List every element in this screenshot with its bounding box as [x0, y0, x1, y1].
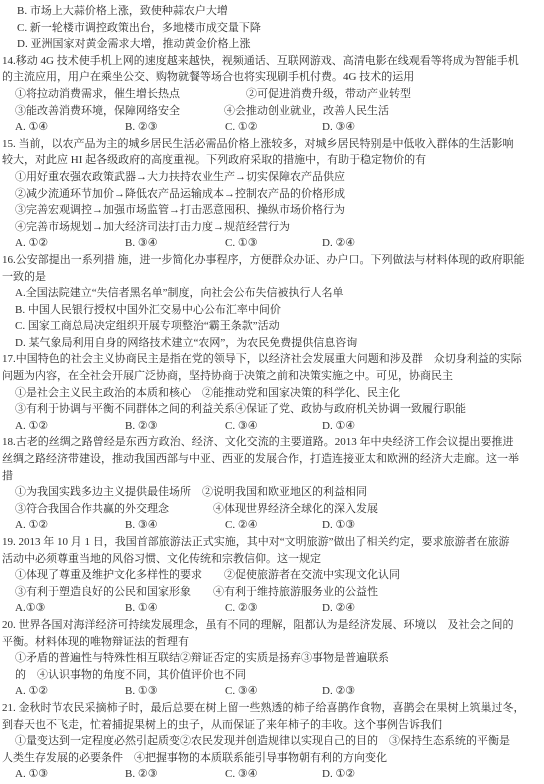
q21-stem-line-2: 到春天也不飞走，忙着捕捉果树上的虫子，从而保证了来年柿子的丰收。这个事例告诉我们: [0, 717, 544, 734]
q18-stem-line-1: 18.古老的丝绸之路曾经是东西方政治、经济、文化交流的主要道路。2013 年中央…: [0, 434, 544, 451]
q20-answer-b: B. ①③: [125, 683, 225, 700]
question-20: 20. 世界各国对海洋经济可持续发展理念，虽有不同的理解，阻都认为是经济发展、环…: [0, 617, 544, 700]
q17-answer-d: D. ①④: [322, 418, 544, 435]
prev-option-b: B. 市场上大蒜价格上涨，致使种蒜农户大增: [0, 3, 544, 20]
q16-option-b: B. 中国人民银行授权中国外汇交易中心公布汇率中间价: [0, 302, 544, 319]
q17-answer-c: C. ③④: [225, 418, 322, 435]
q18-statements-line-2: ③符合我国合作共赢的外交理念 ④体现世界经济全球化的深入发展: [0, 501, 544, 518]
q18-answer-a: A. ①②: [15, 517, 125, 534]
q16-option-d: D. 某气象局利用自身的网络技术建立“农网”，为农民免费提供信息咨询: [0, 335, 544, 352]
q16-option-c: C. 国家工商总局决定组织开展专项整治“霸王条款”活动: [0, 318, 544, 335]
q14-stem-line-1: 14.移动 4G 技术使手机上网的速度越来越快，视频通话、互联网游戏、高清电影在…: [0, 53, 544, 70]
q14-answer-b: B. ②③: [125, 119, 225, 136]
question-21: 21. 金秋时节农民采摘柿子时，最后总要在树上留一些熟透的柿子给喜鹊作食物，喜鹊…: [0, 700, 544, 783]
q19-answer-d: D. ②④: [322, 600, 544, 617]
q15-answer-a: A. ①②: [15, 235, 125, 252]
question-14: 14.移动 4G 技术使手机上网的速度越来越快，视频通话、互联网游戏、高清电影在…: [0, 53, 544, 136]
q18-stem-line-2: 丝绸之路经济带建设，推动我国西部与中亚、西亚的发展合作，打造连接亚太和欧洲的经济…: [0, 451, 544, 468]
q15-answer-b: B. ③④: [125, 235, 225, 252]
q20-answer-row: A. ①② B. ①③ C. ③④ D. ②③: [0, 683, 544, 700]
q20-statements-line-1: ①矛盾的普遍性与特殊性相互联结②辩证否定的实质是扬弃③事物是普遍联系: [0, 650, 544, 667]
q17-answer-a: A. ①②: [15, 418, 125, 435]
q17-stem-line-1: 17.中国特色的社会主义协商民主是指在党的领导下，以经济社会发展重大问题和涉及群…: [0, 351, 544, 368]
q15-stem-line-2: 较大，对此应 HI 起各级政府的高度重视。下列政府采取的措施中，有助于稳定物价的…: [0, 152, 544, 169]
question-16: 16.公安部提出一系列措 施，进一步简化办事程序，方便群众办证、办户口。下列做法…: [0, 252, 544, 352]
q14-answer-a: A. ①④: [15, 119, 125, 136]
q20-answer-c: C. ③④: [225, 683, 322, 700]
q15-answer-row: A. ①② B. ③④ C. ①③ D. ②④: [0, 235, 544, 252]
q21-answer-c: C. ③④: [225, 766, 322, 783]
q18-stem-line-3: 措: [0, 468, 544, 485]
q19-answer-b: B. ①④: [125, 600, 225, 617]
q16-stem-line-2: 一致的是: [0, 269, 544, 286]
q15-statement-4: ④完善市场规划→加大经济司法打击力度→规范经营行为: [0, 219, 544, 236]
q20-stem-line-1: 20. 世界各国对海洋经济可持续发展理念，虽有不同的理解，阻都认为是经济发展、环…: [0, 617, 544, 634]
q15-answer-c: C. ①③: [225, 235, 322, 252]
q20-statements-line-2: 的 ④认识事物的角度不同，其价值评价也不同: [0, 667, 544, 684]
q17-statements-line-2: ③有利于协调与平衡不同群体之间的利益关系④保证了党、政协与政府机关协调一致履行职…: [0, 401, 544, 418]
q16-stem-line-1: 16.公安部提出一系列措 施，进一步简化办事程序，方便群众办证、办户口。下列做法…: [0, 252, 544, 269]
q14-statements-line-2: ③能改善消费环境，保障网络安全 ④会推动创业就业，改善人民生活: [0, 103, 544, 120]
q15-statement-2: ②减少流通环节加价→降低农产品运输成本→控制农产品的价格形成: [0, 186, 544, 203]
q19-statements-line-2: ③有利于塑造良好的公民和国家形象 ④有利于维持旅游服务业的公益性: [0, 584, 544, 601]
q15-statement-3: ③完善宏观调控→加强市场监管→打击恶意囤积、操纵市场价格行为: [0, 202, 544, 219]
q21-statements-line-1: ①量变达到一定程度必然引起质变②农民发现并创造规律以实现自己的目的 ③保持生态系…: [0, 733, 544, 750]
q15-statement-1: ①用好重农强农政策武器→大力扶持农业生产→切实保障农产品供应: [0, 169, 544, 186]
q15-stem-line-1: 15. 当前，以农产品为主的城乡居民生活必需品价格上涨较多，对城乡居民特别是中低…: [0, 136, 544, 153]
q17-answer-row: A. ①② B. ②③ C. ③④ D. ①④: [0, 418, 544, 435]
question-19: 19. 2013 年 10 月 1 日，我国首部旅游法正式实施，其中对“文明旅游…: [0, 534, 544, 617]
q21-statements-line-2: 人类生存发展的必要条件 ④把握事物的本质联系能引导事物朝有利的方向变化: [0, 750, 544, 767]
q20-answer-d: D. ②③: [322, 683, 544, 700]
q15-answer-d: D. ②④: [322, 235, 544, 252]
q18-answer-row: A. ①② B. ③④ C. ②④ D. ①③: [0, 517, 544, 534]
q19-stem-line-1: 19. 2013 年 10 月 1 日，我国首部旅游法正式实施，其中对“文明旅游…: [0, 534, 544, 551]
q19-statements-line-1: ①体现了尊重及维护文化多样性的要求 ②促使旅游者在交流中实现文化认同: [0, 567, 544, 584]
q14-answer-row: A. ①④ B. ②③ C. ①② D. ③④: [0, 119, 544, 136]
q17-statements-line-1: ①是社会主义民主政治的本质和核心 ②能推动党和国家决策的科学化、民主化: [0, 385, 544, 402]
q19-answer-c: C. ②③: [225, 600, 322, 617]
q21-answer-row: A. ①③ B. ②③ C. ③④ D. ①②: [0, 766, 544, 783]
q19-answer-row: A.①③ B. ①④ C. ②③ D. ②④: [0, 600, 544, 617]
q20-stem-line-2: 平衡。材料体现的唯物辩证法的哲理有: [0, 634, 544, 651]
q17-answer-b: B. ②③: [125, 418, 225, 435]
prev-option-d: D. 亚洲国家对黄金需求大增，推动黄金价格上涨: [0, 36, 544, 53]
q20-answer-a: A. ①②: [15, 683, 125, 700]
exam-paper-page: B. 市场上大蒜价格上涨，致使种蒜农户大增 C. 新一轮楼市调控政策出台，多地楼…: [0, 0, 544, 784]
question-18: 18.古老的丝绸之路曾经是东西方政治、经济、文化交流的主要道路。2013 年中央…: [0, 434, 544, 534]
q21-stem-line-1: 21. 金秋时节农民采摘柿子时，最后总要在树上留一些熟透的柿子给喜鹊作食物，喜鹊…: [0, 700, 544, 717]
question-15: 15. 当前，以农产品为主的城乡居民生活必需品价格上涨较多，对城乡居民特别是中低…: [0, 136, 544, 252]
q21-answer-d: D. ①②: [322, 766, 544, 783]
q21-answer-a: A. ①③: [15, 766, 125, 783]
q18-answer-d: D. ①③: [322, 517, 544, 534]
q18-statements-line-1: ①为我国实践多边主义提供最佳场所 ②说明我国和欧亚地区的利益相同: [0, 484, 544, 501]
prev-question-options: B. 市场上大蒜价格上涨，致使种蒜农户大增 C. 新一轮楼市调控政策出台，多地楼…: [0, 3, 544, 53]
q14-stem-line-2: 的主流应用，用户在乘坐公交、购物就餐等场合也将实现刷手机付费。4G 技术的运用: [0, 69, 544, 86]
q19-stem-line-2: 活动中必须尊重当地的风俗习惯、文化传统和宗教信仰。这一规定: [0, 551, 544, 568]
q18-answer-c: C. ②④: [225, 517, 322, 534]
question-17: 17.中国特色的社会主义协商民主是指在党的领导下，以经济社会发展重大问题和涉及群…: [0, 351, 544, 434]
prev-option-c: C. 新一轮楼市调控政策出台，多地楼市成交量下降: [0, 20, 544, 37]
q14-answer-d: D. ③④: [322, 119, 544, 136]
q21-answer-b: B. ②③: [125, 766, 225, 783]
q14-answer-c: C. ①②: [225, 119, 322, 136]
q14-statements-line-1: ①将拉动消费需求，催生增长热点 ②可促进消费升级，带动产业转型: [0, 86, 544, 103]
q17-stem-line-2: 问题为内容，在全社会开展广泛协商，坚持协商于决策之前和决策实施之中。可见，协商民…: [0, 368, 544, 385]
q19-answer-a: A.①③: [15, 600, 125, 617]
q18-answer-b: B. ③④: [125, 517, 225, 534]
q16-option-a: A.全国法院建立“失信者黑名单”制度，向社会公布失信被执行人名单: [0, 285, 544, 302]
